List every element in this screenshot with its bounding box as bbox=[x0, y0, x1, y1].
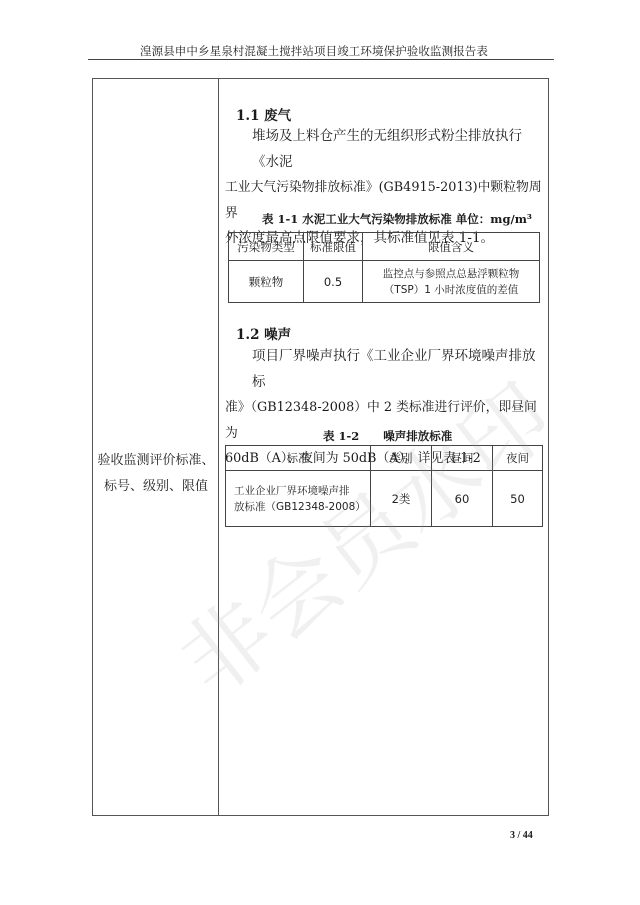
row-label-line2: 标号、级别、限值 bbox=[93, 474, 219, 500]
table-cell: 颗粒物 bbox=[229, 261, 304, 303]
header-divider bbox=[88, 59, 554, 60]
cell-line: 工业企业厂界环境噪声排 bbox=[234, 483, 366, 499]
table-header-cell: 类别 bbox=[371, 446, 432, 471]
table-header-row: 标准 类别 昼间 夜间 bbox=[226, 446, 543, 471]
cell-line: 放标准（GB12348-2008） bbox=[234, 499, 366, 515]
page-number: 3 / 44 bbox=[510, 830, 533, 841]
document-header-title: 湟源县申中乡星泉村混凝土搅拌站项目竣工环境保护验收监测报告表 bbox=[140, 43, 560, 59]
table-row: 颗粒物 0.5 监控点与参照点总悬浮颗粒物 （TSP）1 小时浓度值的差值 bbox=[229, 261, 540, 303]
table-1-2: 标准 类别 昼间 夜间 工业企业厂界环境噪声排 放标准（GB12348-2008… bbox=[225, 445, 543, 527]
row-label: 验收监测评价标准、 标号、级别、限值 bbox=[93, 448, 219, 500]
table-header-cell: 标准 bbox=[226, 446, 371, 471]
cell-line: 监控点与参照点总悬浮颗粒物 bbox=[367, 266, 535, 282]
table-cell: 0.5 bbox=[304, 261, 363, 303]
section-title-exhaust-gas: 1.1 废气 bbox=[236, 104, 291, 124]
table-header-cell: 昼间 bbox=[432, 446, 493, 471]
para-line: 堆场及上料仓产生的无组织形式粉尘排放执行《水泥 bbox=[225, 124, 545, 175]
table-header-cell: 污染物类型 bbox=[229, 233, 304, 261]
table-cell: 60 bbox=[432, 471, 493, 527]
table-cell: 50 bbox=[493, 471, 543, 527]
table-1-1-caption: 表 1-1 水泥工业大气污染物排放标准 单位：mg/m³ bbox=[262, 211, 532, 227]
cell-line: （TSP）1 小时浓度值的差值 bbox=[367, 282, 535, 298]
table-header-row: 污染物类型 标准限值 限值含义 bbox=[229, 233, 540, 261]
table-cell: 2类 bbox=[371, 471, 432, 527]
row-label-line1: 验收监测评价标准、 bbox=[93, 448, 219, 474]
left-label-column: 验收监测评价标准、 标号、级别、限值 bbox=[93, 79, 219, 815]
table-1-1: 污染物类型 标准限值 限值含义 颗粒物 0.5 监控点与参照点总悬浮颗粒物 （T… bbox=[228, 232, 540, 303]
table-header-cell: 标准限值 bbox=[304, 233, 363, 261]
table-cell: 监控点与参照点总悬浮颗粒物 （TSP）1 小时浓度值的差值 bbox=[363, 261, 540, 303]
table-header-cell: 夜间 bbox=[493, 446, 543, 471]
table-1-2-caption: 表 1-2 噪声排放标准 bbox=[323, 428, 452, 444]
table-row: 工业企业厂界环境噪声排 放标准（GB12348-2008） 2类 60 50 bbox=[226, 471, 543, 527]
table-cell: 工业企业厂界环境噪声排 放标准（GB12348-2008） bbox=[226, 471, 371, 527]
section-title-noise: 1.2 噪声 bbox=[236, 323, 291, 343]
table-header-cell: 限值含义 bbox=[363, 233, 540, 261]
para-line: 项目厂界噪声执行《工业企业厂界环境噪声排放标 bbox=[225, 344, 545, 395]
